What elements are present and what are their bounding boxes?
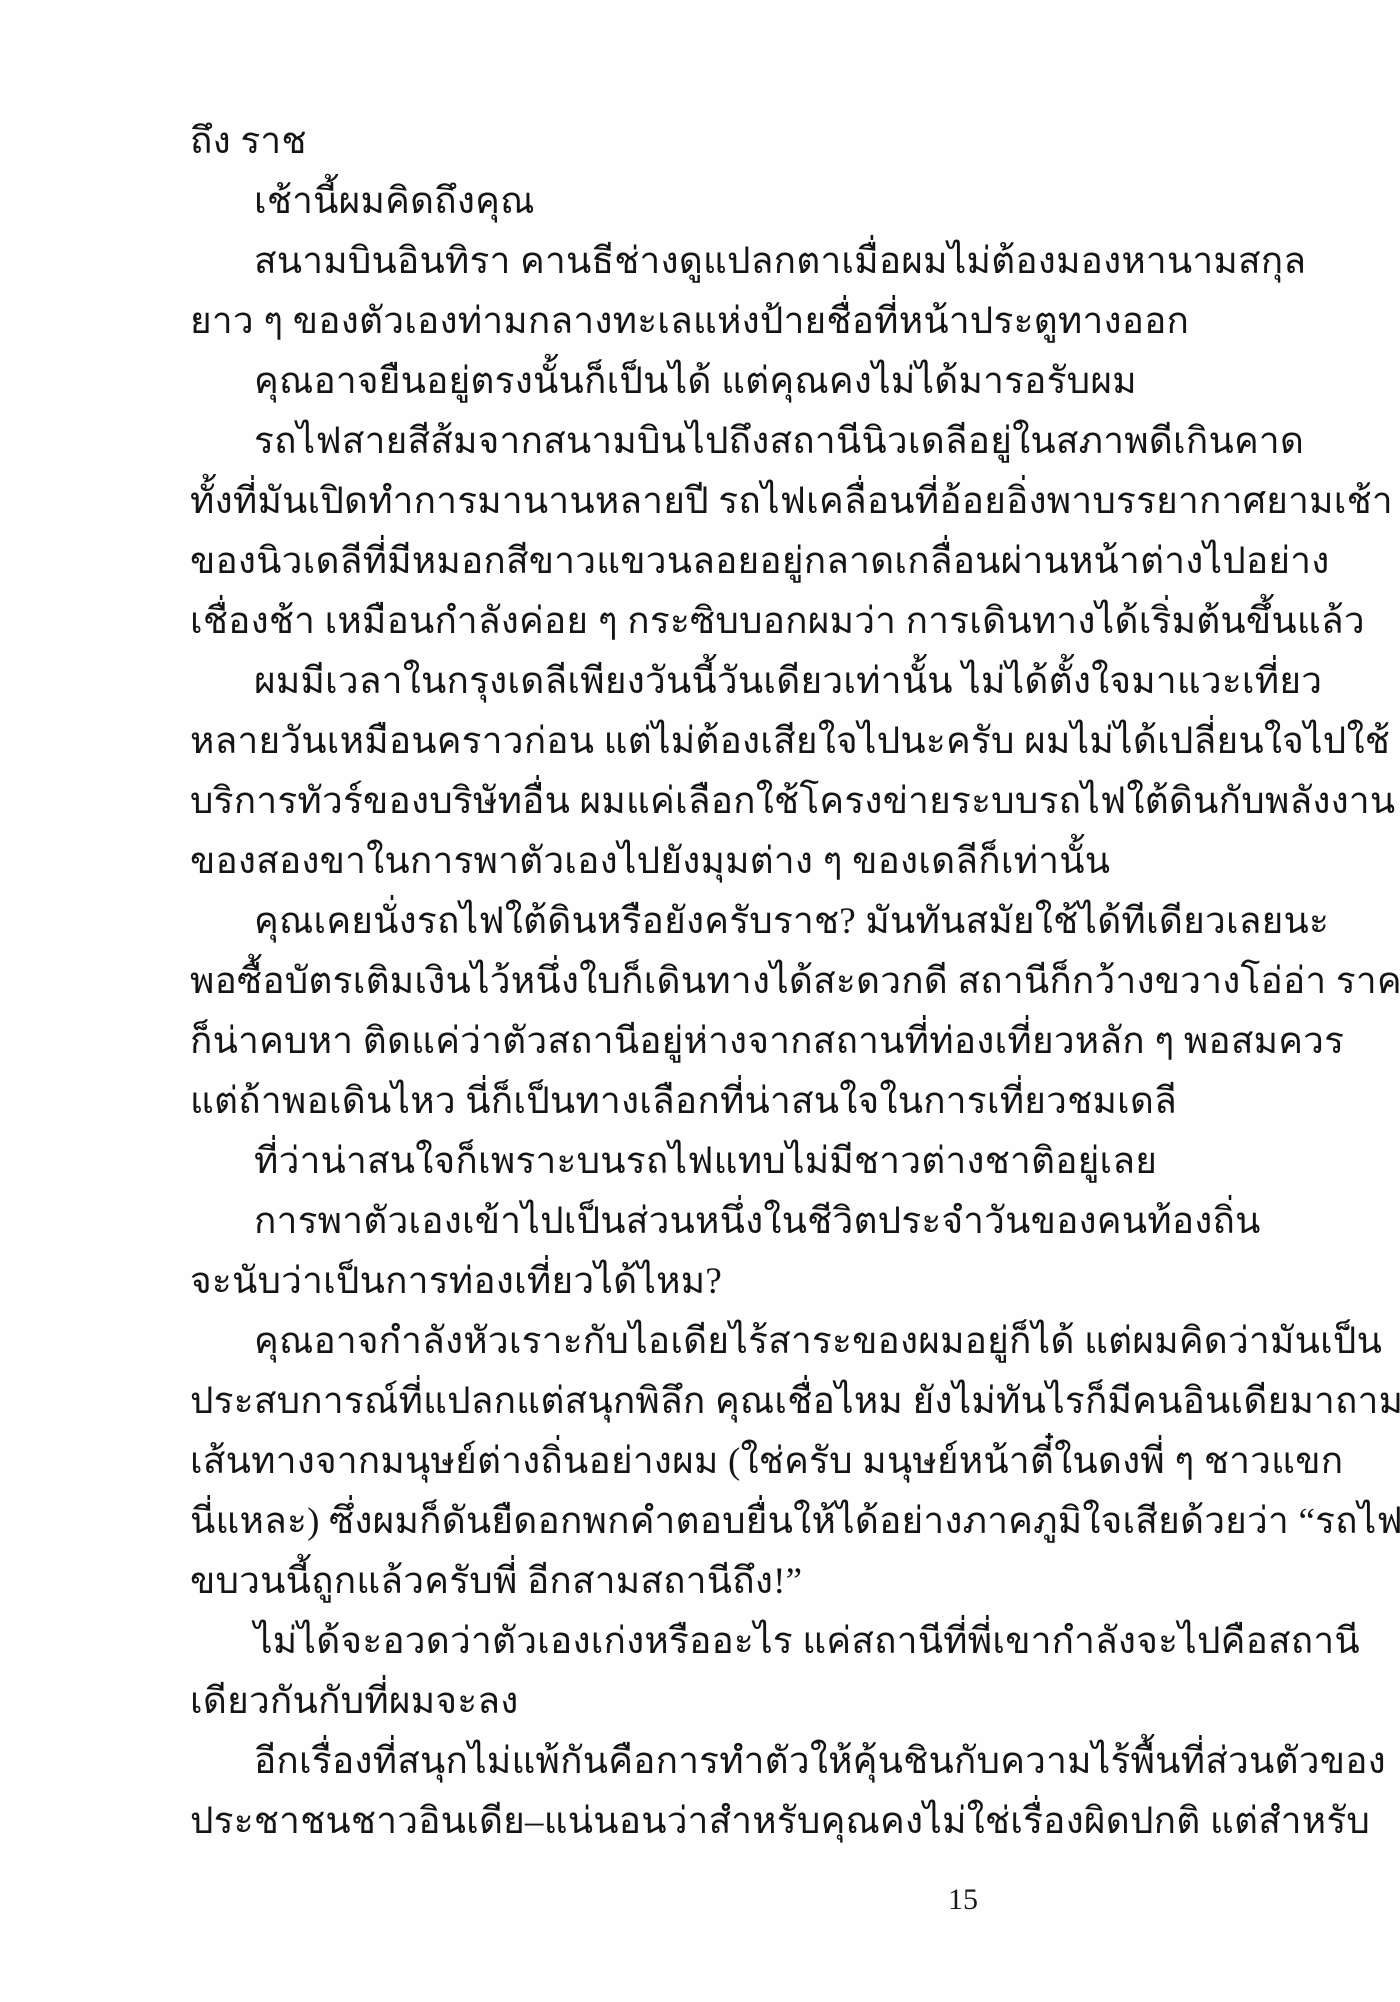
text-line: เช้านี้ผมคิดถึงคุณ (190, 172, 1074, 232)
text-line: สนามบินอินทิรา คานธีช่างดูแปลกตาเมื่อผมไ… (190, 232, 1074, 292)
text-line: นี่แหละ) ซึ่งผมก็ดันยืดอกพกคำตอบยื่นให้ไ… (190, 1492, 1074, 1552)
text-line: แต่ถ้าพอเดินไหว นี่ก็เป็นทางเลือกที่น่าส… (190, 1072, 1074, 1132)
text-line: คุณเคยนั่งรถไฟใต้ดินหรือยังครับราช? มันท… (190, 892, 1074, 952)
text-line: เส้นทางจากมนุษย์ต่างถิ่นอย่างผม (ใช่ครับ… (190, 1432, 1074, 1492)
text-line: การพาตัวเองเข้าไปเป็นส่วนหนึ่งในชีวิตประ… (190, 1192, 1074, 1252)
letter-body: ถึง ราชเช้านี้ผมคิดถึงคุณสนามบินอินทิรา … (190, 112, 1074, 1852)
text-line: เชื่องช้า เหมือนกำลังค่อย ๆ กระซิบบอกผมว… (190, 592, 1074, 652)
text-line: ประชาชนชาวอินเดีย–แน่นอนว่าสำหรับคุณคงไม… (190, 1792, 1074, 1852)
text-line: ก็น่าคบหา ติดแค่ว่าตัวสถานีอยู่ห่างจากสถ… (190, 1012, 1074, 1072)
text-line: ผมมีเวลาในกรุงเดลีเพียงวันนี้วันเดียวเท่… (190, 652, 1074, 712)
text-line: ของนิวเดลีที่มีหมอกสีขาวแขวนลอยอยู่กลาดเ… (190, 532, 1074, 592)
text-line: ขบวนนี้ถูกแล้วครับพี่ อีกสามสถานีถึง!” (190, 1552, 1074, 1612)
text-line: จะนับว่าเป็นการท่องเที่ยวได้ไหม? (190, 1252, 1074, 1312)
text-line: บริการทัวร์ของบริษัทอื่น ผมแค่เลือกใช้โค… (190, 772, 1074, 832)
text-line: ยาว ๆ ของตัวเองท่ามกลางทะเลแห่งป้ายชื่อท… (190, 292, 1074, 352)
text-line: ถึง ราช (190, 112, 1074, 172)
text-line: พอซื้อบัตรเติมเงินไว้หนึ่งใบก็เดินทางได้… (190, 952, 1074, 1012)
text-line: อีกเรื่องที่สนุกไม่แพ้กันคือการทำตัวให้ค… (190, 1732, 1074, 1792)
text-line: คุณอาจยืนอยู่ตรงนั้นก็เป็นได้ แต่คุณคงไม… (190, 352, 1074, 412)
text-line: รถไฟสายสีส้มจากสนามบินไปถึงสถานีนิวเดลีอ… (190, 412, 1074, 472)
text-line: ที่ว่าน่าสนใจก็เพราะบนรถไฟแทบไม่มีชาวต่า… (190, 1132, 1074, 1192)
text-line: คุณอาจกำลังหัวเราะกับไอเดียไร้สาระของผมอ… (190, 1312, 1074, 1372)
text-line: ทั้งที่มันเปิดทำการมานานหลายปี รถไฟเคลื่… (190, 472, 1074, 532)
text-line: ประสบการณ์ที่แปลกแต่สนุกพิลึก คุณเชื่อไห… (190, 1372, 1074, 1432)
text-line: ไม่ได้จะอวดว่าตัวเองเก่งหรืออะไร แค่สถาน… (190, 1612, 1074, 1672)
text-line: ของสองขาในการพาตัวเองไปยังมุมต่าง ๆ ของเ… (190, 832, 1074, 892)
book-page: ถึง ราชเช้านี้ผมคิดถึงคุณสนามบินอินทิรา … (0, 0, 1400, 2002)
text-line: หลายวันเหมือนคราวก่อน แต่ไม่ต้องเสียใจไป… (190, 712, 1074, 772)
page-number: 15 (948, 1882, 978, 1918)
text-line: เดียวกันกับที่ผมจะลง (190, 1672, 1074, 1732)
